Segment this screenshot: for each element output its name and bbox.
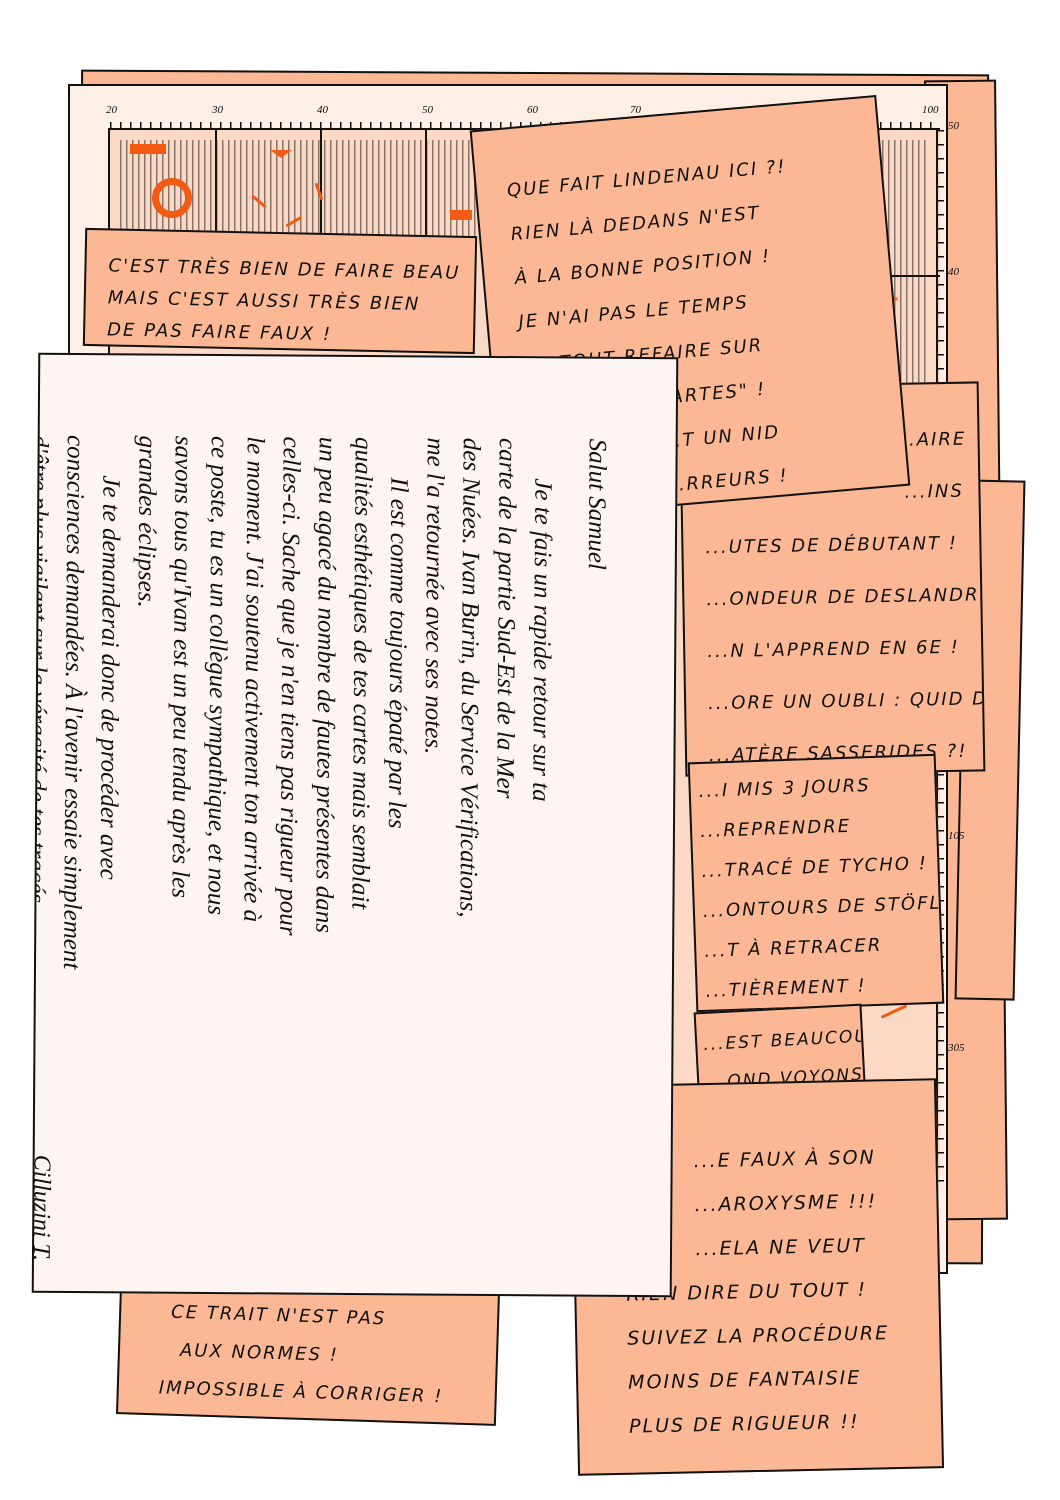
note-normes: Ce trait n'est pas aux normes ! Impossib… (116, 1280, 500, 1426)
letter-greeting: Salut Samuel (573, 439, 615, 1259)
letter-line: celles-ci. Sache que je n'en tiens pas r… (267, 436, 309, 1256)
note-line: Suivez la procédure (627, 1311, 920, 1361)
axis-label-y: 305 (948, 1042, 965, 1054)
note-tycho: ...i mis 3 jours ...reprendre ...tracé d… (688, 754, 945, 1013)
letter-line: des Nuées. Ivan Burin, du Service Vérifi… (447, 438, 489, 1258)
letter-line: grandes éclipses. (123, 435, 165, 1255)
axis-label-x: 40 (317, 104, 328, 116)
axis-label-x: 100 (922, 104, 939, 116)
letter-line: consciences demandées. À l'avenir essaie… (51, 435, 93, 1255)
letter-line: carte de la partie Sud-Est de la Mer (483, 438, 525, 1258)
letter-line: Je te fais un rapide retour sur ta (519, 438, 561, 1258)
note-line: ...ondeur de Deslandres, (706, 570, 959, 626)
note-beau-faux: C'est très bien de faire beau mais c'est… (83, 228, 477, 354)
map-dash (881, 1004, 908, 1019)
note-line: ...ore un oubli : quid du (708, 674, 961, 730)
axis-label-y: 105 (948, 830, 965, 842)
axis-label-y: 40 (948, 266, 959, 278)
letter-line: un peu agacé du nombre de fautes présent… (303, 437, 345, 1257)
axis-label-y: 50 (948, 120, 959, 132)
handwritten-letter: Salut Samuel Je te fais un rapide retour… (32, 353, 679, 1297)
note-line: ...n l'apprend en 6e ! (707, 622, 960, 678)
letter-line: savons tous qu'Ivan est un peu tendu apr… (159, 436, 201, 1256)
note-line: plus de rigueur !! (629, 1399, 922, 1449)
map-symbol-bar (130, 144, 166, 154)
axis-label-x: 70 (630, 104, 641, 116)
map-symbol-bar (450, 210, 472, 220)
letter-signature: Cilluzini T. (32, 1155, 55, 1261)
letter-line: Il est comme toujours épaté par les (375, 437, 417, 1257)
letter-body: Salut Samuel Je te fais un rapide retour… (32, 435, 615, 1259)
letter-line: qualités esthétiques de tes cartes mais … (339, 437, 381, 1257)
letter-line: Je te demanderai donc de procéder avec (87, 435, 129, 1255)
axis-label-x: 60 (527, 104, 538, 116)
note-line: ...ontours de Stöfler (702, 884, 939, 932)
letter-line: ce poste, tu es un collègue sympathique,… (195, 436, 237, 1256)
note-line: ...utes de débutant ! (705, 518, 958, 574)
axis-label-x: 30 (212, 104, 223, 116)
axis-label-x: 20 (106, 104, 117, 116)
note-line: moins de fantaisie (628, 1355, 921, 1405)
letter-line: me l'a retournée avec ses notes. (411, 437, 453, 1257)
map-symbol-spiral (152, 178, 192, 218)
letter-line: le moment. J'ai soutenu activement ton a… (231, 436, 273, 1256)
axis-label-x: 50 (422, 104, 433, 116)
